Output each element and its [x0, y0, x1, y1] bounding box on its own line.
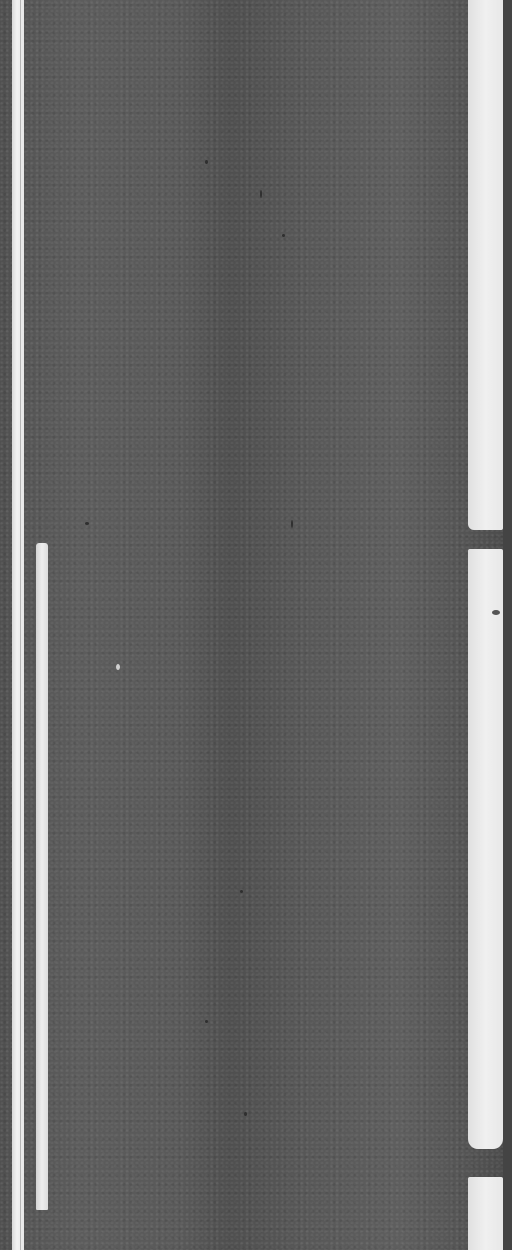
- road-stain: [205, 160, 208, 164]
- right-dash-marking: [468, 0, 503, 530]
- right-dash-marking: [468, 1177, 503, 1250]
- image-description: Overhead grayscale view of an asphalt ro…: [0, 0, 1, 1]
- road-stain: [244, 1112, 247, 1116]
- road-stain: [282, 234, 285, 237]
- right-shoulder: [503, 0, 512, 1250]
- road-stain: [260, 190, 262, 198]
- light-spot: [116, 664, 120, 670]
- road-stain: [291, 520, 293, 528]
- left-edge-line: [12, 0, 24, 1250]
- road-stain: [240, 890, 243, 893]
- right-dash-marking: [468, 549, 503, 1149]
- left-inner-line: [36, 543, 48, 1210]
- road-stain: [492, 610, 500, 615]
- road-surface: Overhead grayscale view of an asphalt ro…: [0, 0, 512, 1250]
- road-stain: [205, 1020, 208, 1023]
- road-stain: [85, 522, 89, 525]
